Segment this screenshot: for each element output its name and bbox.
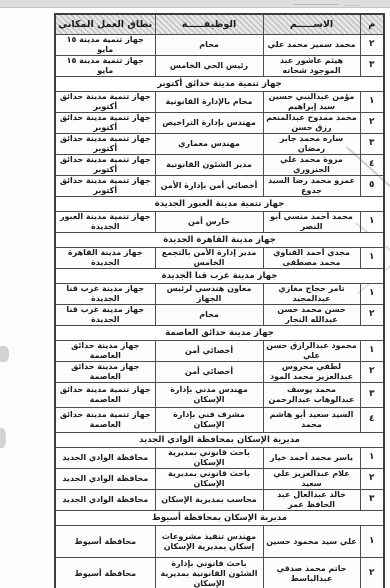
table-row: ٤ مروة محمد علي الجنزوري مدير الشئون الق… bbox=[55, 155, 384, 176]
table-row: ٣ محمد يوسف عبدالوهاب عبدالرحمن مهندس مد… bbox=[55, 383, 384, 408]
table-row: ٥ عمرو محمد رضا السيد جدوع أخصائي أمن بإ… bbox=[55, 176, 384, 197]
row-number: ١ bbox=[360, 92, 384, 113]
section-header-row: جهاز تنمية مدينة العبور الجديدة bbox=[55, 197, 384, 212]
work-scope: محافظة الوادي الجديد bbox=[55, 469, 155, 490]
work-scope: محافظة الوادي الجديد bbox=[55, 490, 155, 511]
table-row: ٢ حسن محمد حسن عبدالله النجار محام جهاز … bbox=[55, 305, 384, 326]
section-header-row: جهاز مدينة حدائق العاصمة bbox=[55, 326, 384, 341]
row-number: ١ bbox=[360, 341, 384, 362]
section-header-row: جهاز مدينة القاهرة الجديدة bbox=[55, 233, 384, 248]
table-row: ٣ هيثم عاشور عبد الموجود شحاته رئيس الحي… bbox=[55, 56, 384, 77]
scanned-document-page: { "table": { "headers": { "num": "م", "n… bbox=[0, 0, 390, 588]
row-number: ٢ bbox=[360, 558, 384, 588]
job-title: محام bbox=[155, 35, 263, 56]
employee-name: عمرو محمد رضا السيد جدوع bbox=[263, 176, 360, 197]
work-scope: محافظة الوادي الجديد bbox=[55, 448, 155, 469]
row-number: ٢ bbox=[360, 305, 384, 326]
employee-name: مجدي أحمد القناوي محمد مصطفى bbox=[263, 248, 360, 269]
section-header-row: جهاز تنمية مدينة حدائق أكتوبر bbox=[55, 77, 384, 92]
row-number: ١ bbox=[360, 248, 384, 269]
section-title: جهاز مدينة حدائق العاصمة bbox=[55, 326, 384, 341]
table-row: ١ ياسر محمد أحمد خيار باحث قانوني بمديري… bbox=[55, 448, 384, 469]
table-row: ٢ علام عبدالعزيز علي سعيد باحث قانوني بم… bbox=[55, 469, 384, 490]
row-number: ٣ bbox=[360, 383, 384, 408]
scan-edge-smudge bbox=[0, 346, 9, 362]
job-title: أخصائي أمن بإدارة الأمن bbox=[155, 176, 263, 197]
row-number: ٢ bbox=[360, 362, 384, 383]
job-title: معاون هندسي لرئيس الجهاز bbox=[155, 284, 263, 305]
row-number: ٢ bbox=[360, 113, 384, 134]
row-number: ١ bbox=[360, 212, 384, 233]
job-title: مدير الشئون القانونية bbox=[155, 155, 263, 176]
table-row: ١ محمود عبدالرازق حسن علي أخصائي أمن جها… bbox=[55, 341, 384, 362]
scan-edge-smudge bbox=[0, 428, 6, 448]
row-number: ٢ bbox=[360, 35, 384, 56]
employee-name: حاتم محمد صدقي عبدالباسط bbox=[263, 558, 360, 588]
employee-name: محمد سمير محمد علي bbox=[263, 35, 360, 56]
work-scope: جهاز تنمية مدينة حدائق أكتوبر bbox=[55, 176, 155, 197]
work-scope: جهاز مدينة غرب قنا الجديدة bbox=[55, 305, 155, 326]
column-header-job: الوظيفـــــة bbox=[155, 14, 263, 35]
row-number: ٢ bbox=[360, 469, 384, 490]
employee-name: تامر حجاج مغازي عبدالمجيد bbox=[263, 284, 360, 305]
row-number: ٣ bbox=[360, 56, 384, 77]
work-scope: جهاز تنمية مدينة حدائق العاصمة bbox=[55, 408, 155, 433]
row-number: ١ bbox=[360, 526, 384, 558]
job-title: رئيس الحي الخامس bbox=[155, 56, 263, 77]
work-scope: جهاز تنمية مدينة ١٥ مايو bbox=[55, 56, 155, 77]
section-title: جهاز تنمية مدينة حدائق أكتوبر bbox=[55, 77, 384, 92]
table-row: ٢ محمد سمير محمد علي محام جهاز تنمية مدي… bbox=[55, 35, 384, 56]
staff-table: م الاســـــم الوظيفـــــة نطاق العمل الم… bbox=[54, 13, 385, 588]
employee-name: مؤمن عبدالنبي حسين سيد إبراهيم bbox=[263, 92, 360, 113]
job-title: مهندس تنفيذ مشروعات إسكان بمديرية الإسكا… bbox=[155, 526, 263, 558]
row-number: ٣ bbox=[360, 490, 384, 511]
work-scope: جهاز مدينة غرب قنا الجديدة bbox=[55, 284, 155, 305]
table-row: ٢ حاتم محمد صدقي عبدالباسط باحث قانوني ب… bbox=[55, 558, 384, 588]
work-scope: جهاز تنمية مدينة حدائق أكتوبر bbox=[55, 134, 155, 155]
section-title: مديرية الإسكان بمحافظة الوادي الجديد bbox=[55, 433, 384, 448]
work-scope: جهاز تنمية مدينة حدائق أكتوبر bbox=[55, 92, 155, 113]
table-row: ٢ لطفي محروس عبدالعزيز محمد المود أخصائي… bbox=[55, 362, 384, 383]
employee-name: خالد عبدالعال عبد الحافظ عمر bbox=[263, 490, 360, 511]
job-title: محام bbox=[155, 305, 263, 326]
job-title: باحث قانوني بمديرية الإسكان bbox=[155, 469, 263, 490]
table-row: ٣ ساره محمد جابر رمضان مهندس معماري جهاز… bbox=[55, 134, 384, 155]
section-title: جهاز تنمية مدينة العبور الجديدة bbox=[55, 197, 384, 212]
row-number: ٤ bbox=[360, 155, 384, 176]
work-scope: جهاز تنمية مدينة حدائق أكتوبر bbox=[55, 155, 155, 176]
employee-name: لطفي محروس عبدالعزيز محمد المود bbox=[263, 362, 360, 383]
section-title: جهاز مدينة غرب قنا الجديدة bbox=[55, 269, 384, 284]
work-scope: جهاز تنمية مدينة ١٥ مايو bbox=[55, 35, 155, 56]
job-title: مهندس بإدارة التراخيص bbox=[155, 113, 263, 134]
section-header-row: جهاز مدينة غرب قنا الجديدة bbox=[55, 269, 384, 284]
job-title: مشرف فني بإدارة الإسكان bbox=[155, 408, 263, 433]
job-title: أخصائي أمن bbox=[155, 362, 263, 383]
job-title: مهندس مدني بإدارة الإسكان bbox=[155, 383, 263, 408]
column-header-name: الاســـــم bbox=[263, 14, 360, 35]
row-number: ١ bbox=[360, 448, 384, 469]
row-number: ٤ bbox=[360, 408, 384, 433]
section-header-row: مديرية الإسكان بمحافظة الوادي الجديد bbox=[55, 433, 384, 448]
employee-name: محمد يوسف عبدالوهاب عبدالرحمن bbox=[263, 383, 360, 408]
employee-name: ياسر محمد أحمد خيار bbox=[263, 448, 360, 469]
employee-name: علام عبدالعزيز علي سعيد bbox=[263, 469, 360, 490]
job-title: مدير إدارة الأمن بالتجمع الخامس bbox=[155, 248, 263, 269]
table-row: ١ محمد أحمد منسي أبو النصر حارس أمن جهاز… bbox=[55, 212, 384, 233]
section-title: جهاز مدينة القاهرة الجديدة bbox=[55, 233, 384, 248]
row-number: ٥ bbox=[360, 176, 384, 197]
employee-name: محمود عبدالرازق حسن علي bbox=[263, 341, 360, 362]
job-title: باحث قانوني بمديرية الإسكان bbox=[155, 448, 263, 469]
work-scope: جهاز تنمية مدينة العبور الجديدة bbox=[55, 212, 155, 233]
table-row: ٤ السيد سعيد أبو هاشم محمد مشرف فني بإدا… bbox=[55, 408, 384, 433]
scan-mark bbox=[345, 5, 359, 6]
employee-name: محمد أحمد منسي أبو النصر bbox=[263, 212, 360, 233]
table-row: ٢ محمد ممدوح عبدالمنعم رزق حسن مهندس بإد… bbox=[55, 113, 384, 134]
work-scope: محافظة أسيوط bbox=[55, 558, 155, 588]
employee-name: ساره محمد جابر رمضان bbox=[263, 134, 360, 155]
row-number: ١ bbox=[360, 284, 384, 305]
work-scope: محافظة أسيوط bbox=[55, 526, 155, 558]
employee-name: محمد ممدوح عبدالمنعم رزق حسن bbox=[263, 113, 360, 134]
scan-mark bbox=[293, 4, 339, 5]
job-title: باحث قانوني بإدارة الشئون القانونية بمدي… bbox=[155, 558, 263, 588]
table-row: ١ علي سيد محمود حسين مهندس تنفيذ مشروعات… bbox=[55, 526, 384, 558]
employee-name: السيد سعيد أبو هاشم محمد bbox=[263, 408, 360, 433]
row-number: ٣ bbox=[360, 134, 384, 155]
employee-name: مروة محمد علي الجنزوري bbox=[263, 155, 360, 176]
job-title: حارس أمن bbox=[155, 212, 263, 233]
section-title: مديرية الإسكان بمحافظة أسيوط bbox=[55, 511, 384, 526]
job-title: محاسب بمديرية الإسكان bbox=[155, 490, 263, 511]
work-scope: جهاز تنمية مدينة حدائق العاصمة bbox=[55, 383, 155, 408]
column-header-num: م bbox=[360, 14, 384, 35]
table-row: ١ مجدي أحمد القناوي محمد مصطفى مدير إدار… bbox=[55, 248, 384, 269]
column-header-scope: نطاق العمل المكاني bbox=[55, 14, 155, 35]
staff-table-body: ٢ محمد سمير محمد علي محام جهاز تنمية مدي… bbox=[55, 35, 384, 588]
work-scope: جهاز مدينة حدائق العاصمة bbox=[55, 362, 155, 383]
table-header-row: م الاســـــم الوظيفـــــة نطاق العمل الم… bbox=[55, 14, 384, 35]
work-scope: جهاز تنمية مدينة حدائق أكتوبر bbox=[55, 113, 155, 134]
job-title: مهندس معماري bbox=[155, 134, 263, 155]
table-row: ١ مؤمن عبدالنبي حسين سيد إبراهيم محام با… bbox=[55, 92, 384, 113]
job-title: أخصائي أمن bbox=[155, 341, 263, 362]
job-title: محام بالإدارة القانونية bbox=[155, 92, 263, 113]
table-row: ١ تامر حجاج مغازي عبدالمجيد معاون هندسي … bbox=[55, 284, 384, 305]
employee-name: علي سيد محمود حسين bbox=[263, 526, 360, 558]
table-row: ٣ خالد عبدالعال عبد الحافظ عمر محاسب بمد… bbox=[55, 490, 384, 511]
work-scope: جهاز مدينة حدائق العاصمة bbox=[55, 341, 155, 362]
section-header-row: مديرية الإسكان بمحافظة أسيوط bbox=[55, 511, 384, 526]
employee-name: حسن محمد حسن عبدالله النجار bbox=[263, 305, 360, 326]
employee-name: هيثم عاشور عبد الموجود شحاته bbox=[263, 56, 360, 77]
work-scope: جهاز مدينة القاهرة الجديدة bbox=[55, 248, 155, 269]
